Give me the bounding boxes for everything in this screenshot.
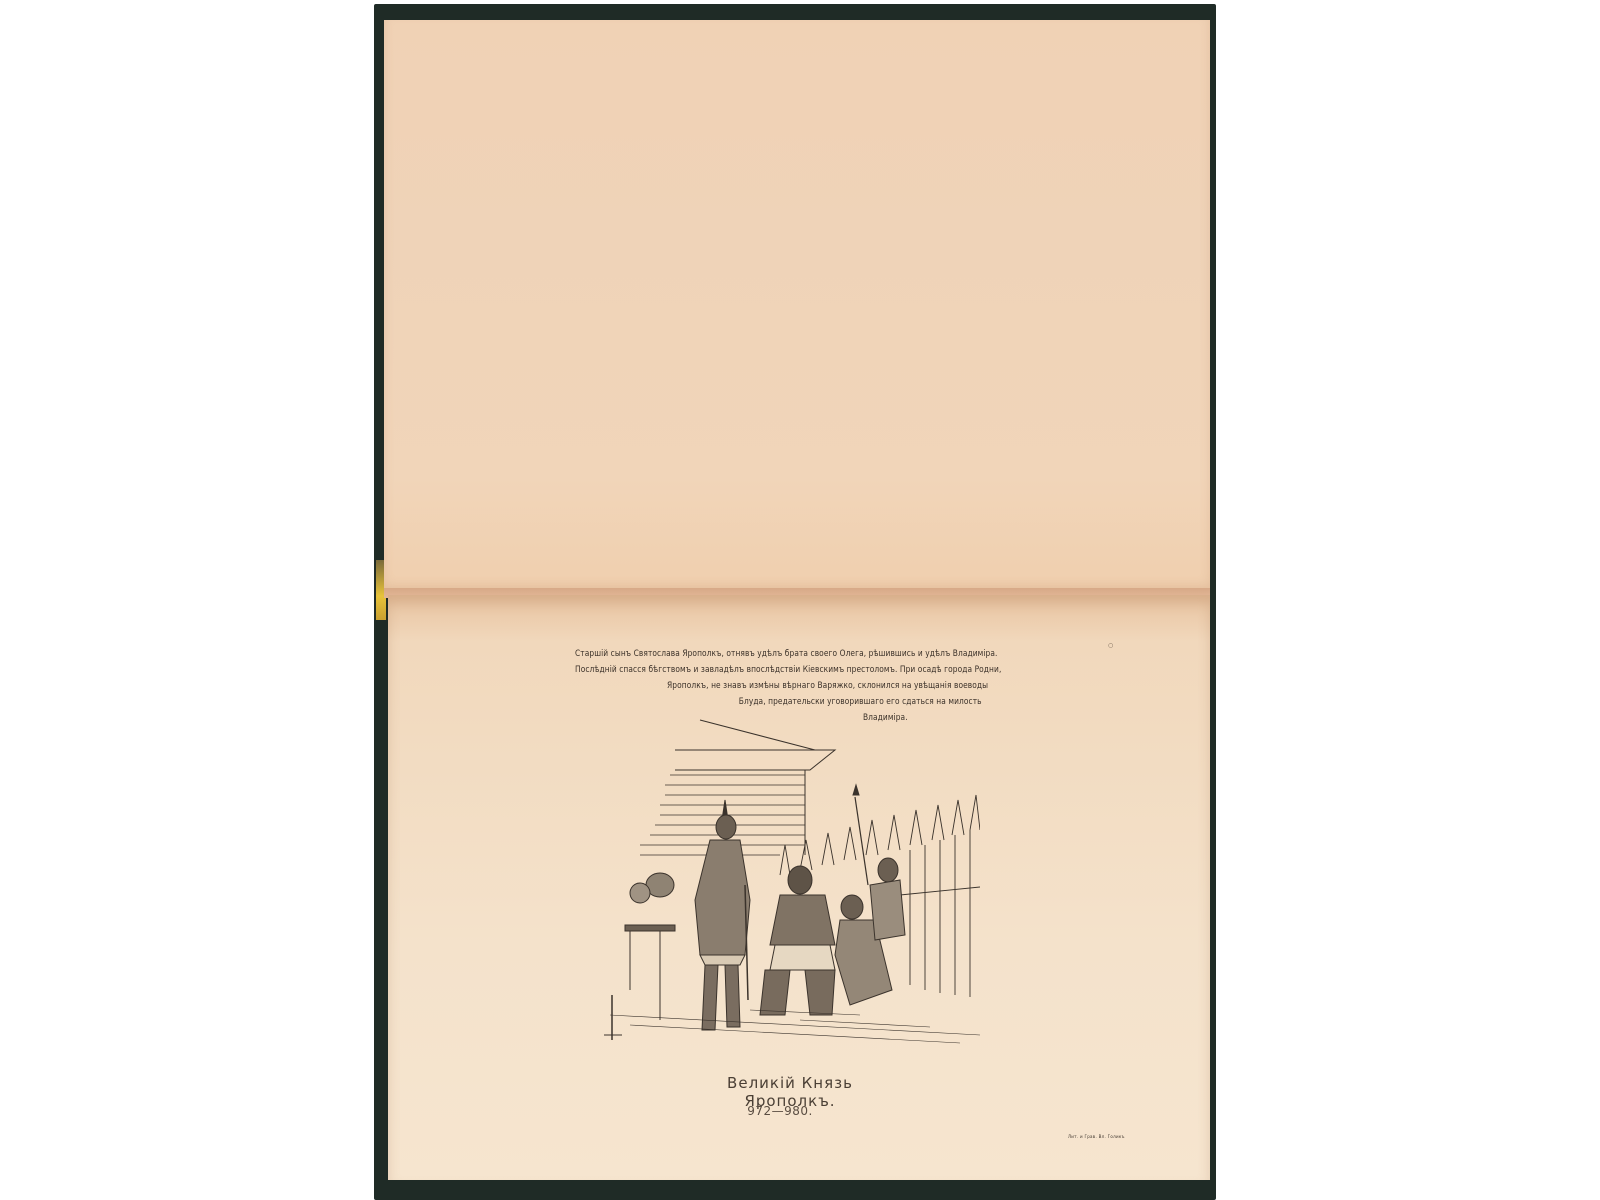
page-mark: ○	[1108, 642, 1113, 649]
printer-credit: Лит. и Грав. Вл. Голикъ	[1068, 1134, 1125, 1139]
caption-line: Послѣдній спасся бѣгствомъ и завладѣлъ в…	[575, 662, 961, 678]
plate-dates: 972—980.	[730, 1104, 830, 1118]
caption-text: Старшій сынъ Святослава Ярополкъ, отнявъ…	[575, 646, 961, 726]
caption-line: Ярополкъ, не знавъ измѣны вѣрнаго Варяжк…	[575, 678, 961, 694]
top-page-blank	[384, 20, 1210, 592]
caption-line: Старшій сынъ Святослава Ярополкъ, отнявъ…	[575, 646, 961, 662]
caption-line: Блуда, предательски уговорившаго его сда…	[575, 694, 961, 710]
engraving-illustration	[600, 715, 980, 1045]
